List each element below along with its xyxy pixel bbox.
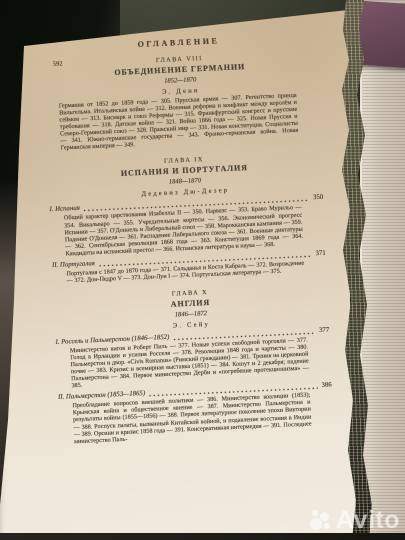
toc-entry-page: 377 — [319, 326, 330, 333]
toc-entry-label: II. Португалия — [52, 260, 95, 269]
toc-entry-label: I. Испания — [49, 205, 80, 213]
book-fore-edge — [360, 0, 405, 540]
chapter-8-summary: Германия от 1852 до 1859 года — 305. Пру… — [59, 92, 299, 152]
book-photo: ОГЛАВЛЕНИЕ 592 ГЛАВА VIII ОБЪЕДИНЕНИЕ ГЕ… — [0, 0, 405, 540]
avito-watermark-text: Avito — [336, 508, 400, 533]
table-of-contents: ОГЛАВЛЕНИЕ 592 ГЛАВА VIII ОБЪЕДИНЕНИЕ ГЕ… — [36, 32, 339, 446]
toc-entry-page: 371 — [315, 249, 326, 256]
avito-logo-icon — [310, 510, 333, 531]
russell-palmerston-summary: Министерство вигов и Роберт Пиль — 377. … — [70, 336, 310, 389]
avito-watermark: Avito — [310, 508, 400, 533]
toc-entry-page: 386 — [321, 382, 332, 389]
table-edge — [0, 533, 405, 540]
toc-entry-page: 350 — [313, 194, 324, 201]
palmerston-summary: Преобладание вопросов внешней политики —… — [72, 392, 312, 445]
spain-summary: Общий характер царствования Изабеллы II … — [64, 204, 304, 257]
folio-page-number: 592 — [53, 60, 63, 67]
